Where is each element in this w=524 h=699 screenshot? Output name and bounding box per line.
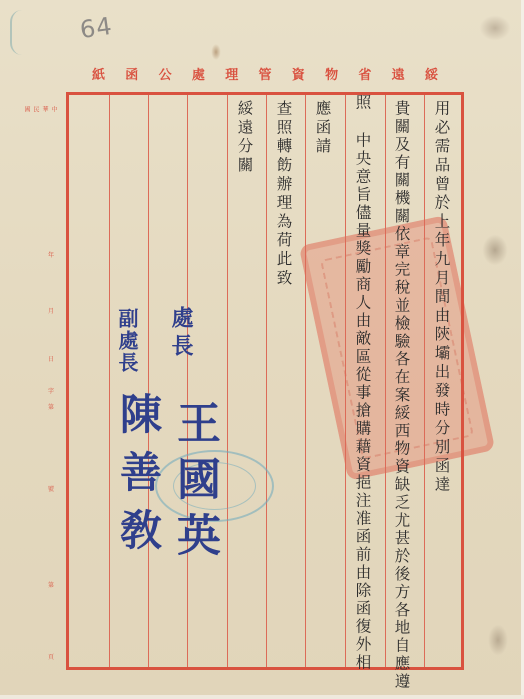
deputy-name: 陳善敎 (108, 392, 168, 566)
margin-label-page: 頁 (44, 652, 58, 661)
column-rule (345, 95, 346, 667)
letterhead-char: 處 (192, 64, 205, 83)
archive-number: 64 (78, 12, 114, 44)
body-column-2: 貴關及有關機關依章完稅並檢驗各在案綏西物資缺乏尤甚於後方各地自應遵 (393, 100, 409, 691)
margin-label-era: 中華民國 (44, 106, 58, 112)
margin-label-no: 第 (44, 580, 58, 589)
letterhead-char: 理 (225, 64, 238, 83)
letterhead-char: 資 (292, 64, 305, 83)
letterhead-char: 省 (358, 64, 371, 83)
director-title: 處長 (166, 306, 197, 362)
letterhead: 紙 函 公 處 理 管 資 物 省 遠 綏 (92, 64, 438, 83)
column-rule (109, 95, 110, 667)
letterhead-char: 函 (125, 64, 138, 83)
column-rule (227, 95, 228, 667)
body-column-4: 應函請 (314, 100, 330, 156)
scan-edge-bottom (0, 695, 524, 699)
column-rule (148, 95, 149, 667)
margin-label-char: 字 (44, 386, 58, 395)
director-name: 王國英 (162, 400, 226, 568)
body-column-1: 用必需品曾於上年九月間由陝壩出發時分別函達 (433, 100, 449, 495)
deputy-title: 副處長 (113, 308, 142, 374)
letterhead-char: 物 (325, 64, 338, 83)
body-column-5: 查照轉飭辦理為荷此致 (275, 100, 291, 288)
margin-label-year: 年 (44, 250, 58, 259)
letterhead-char: 管 (258, 64, 271, 83)
column-rule (187, 95, 188, 667)
margin-label-day: 日 (44, 354, 58, 363)
margin-label-number: 號 (44, 484, 58, 493)
pencil-mark (10, 10, 42, 55)
letterhead-char: 公 (159, 64, 172, 83)
letterhead-char: 綏 (425, 64, 438, 83)
margin-label-no: 第 (44, 402, 58, 411)
body-column-6: 綏遠分關 (236, 100, 252, 175)
letterhead-char: 紙 (92, 64, 105, 83)
column-rule (266, 95, 267, 667)
body-column-3b: 中央意旨儘量獎勵商人由敵區從事搶購藉資挹注准函前由除函復外相 (354, 132, 370, 672)
body-column-3a: 照 (354, 94, 370, 113)
column-rule (385, 95, 386, 667)
column-rule (305, 95, 306, 667)
column-rule (424, 95, 425, 667)
margin-label-month: 月 (44, 306, 58, 315)
letterhead-char: 遠 (392, 64, 405, 83)
